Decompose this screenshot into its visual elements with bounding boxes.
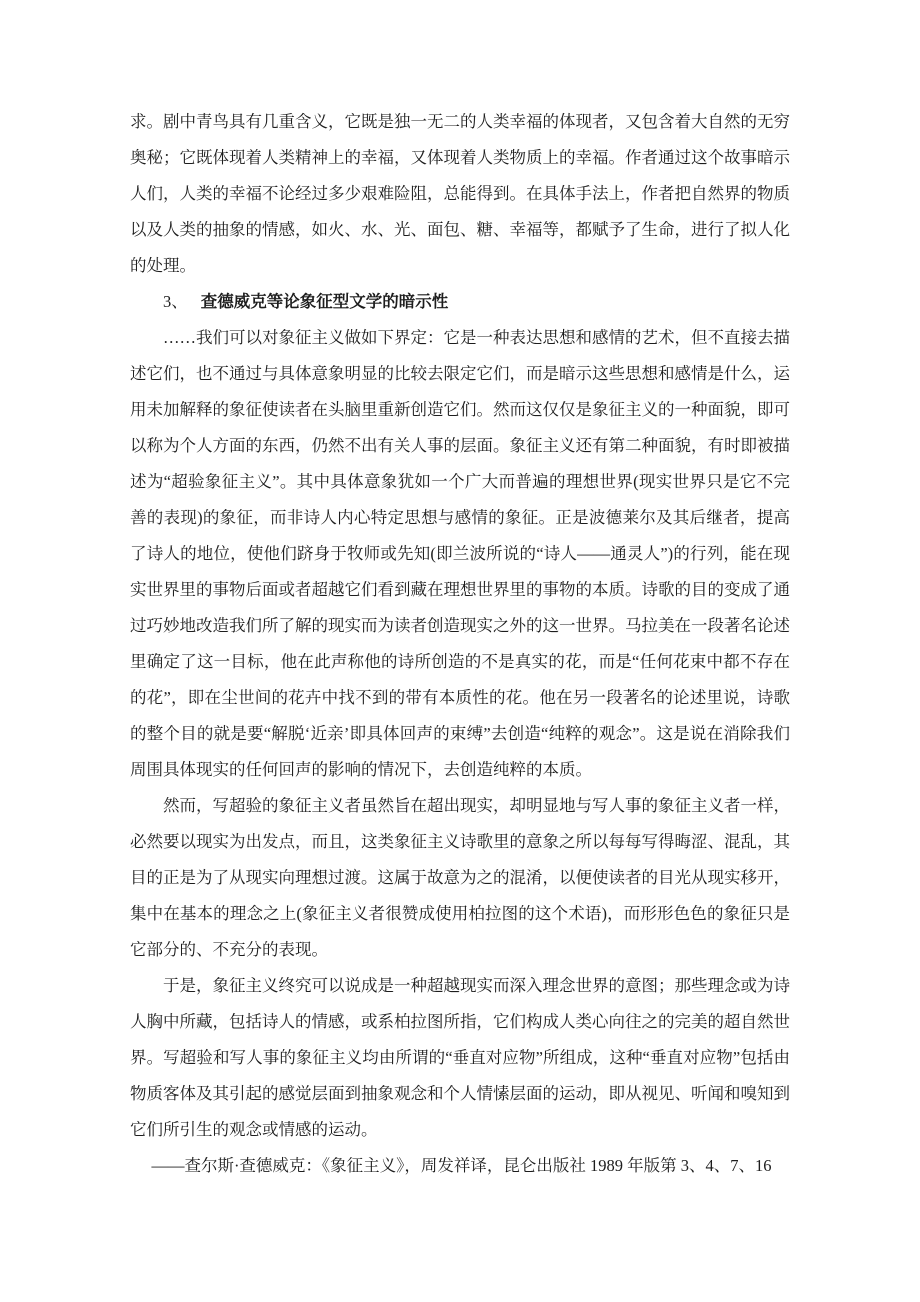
section-title: 查德威克等论象征型文学的暗示性 [201, 292, 449, 311]
paragraph-symbolism-definition: ……我们可以对象征主义做如下界定：它是一种表达思想和感情的艺术，但不直接去描述它… [130, 320, 790, 788]
document-page: 求。剧中青鸟具有几重含义，它既是独一无二的人类幸福的体现者，又包含着大自然的无穷… [0, 0, 920, 1302]
section-number: 3、 [163, 292, 188, 311]
paragraph-symbolism-summary: 于是，象征主义终究可以说成是一种超越现实而深入理念世界的意图；那些理念或为诗人胸… [130, 968, 790, 1148]
paragraph-bluebird-conclusion: 求。剧中青鸟具有几重含义，它既是独一无二的人类幸福的体现者，又包含着大自然的无穷… [130, 104, 790, 284]
citation-line: ——查尔斯·查德威克：《象征主义》，周发祥译，昆仑出版社 1989 年版第 3、… [130, 1148, 790, 1184]
paragraph-transcendental-symbolism: 然而，写超验的象征主义者虽然旨在超出现实，却明显地与写人事的象征主义者一样，必然… [130, 788, 790, 968]
section-heading: 3、查德威克等论象征型文学的暗示性 [130, 284, 790, 320]
